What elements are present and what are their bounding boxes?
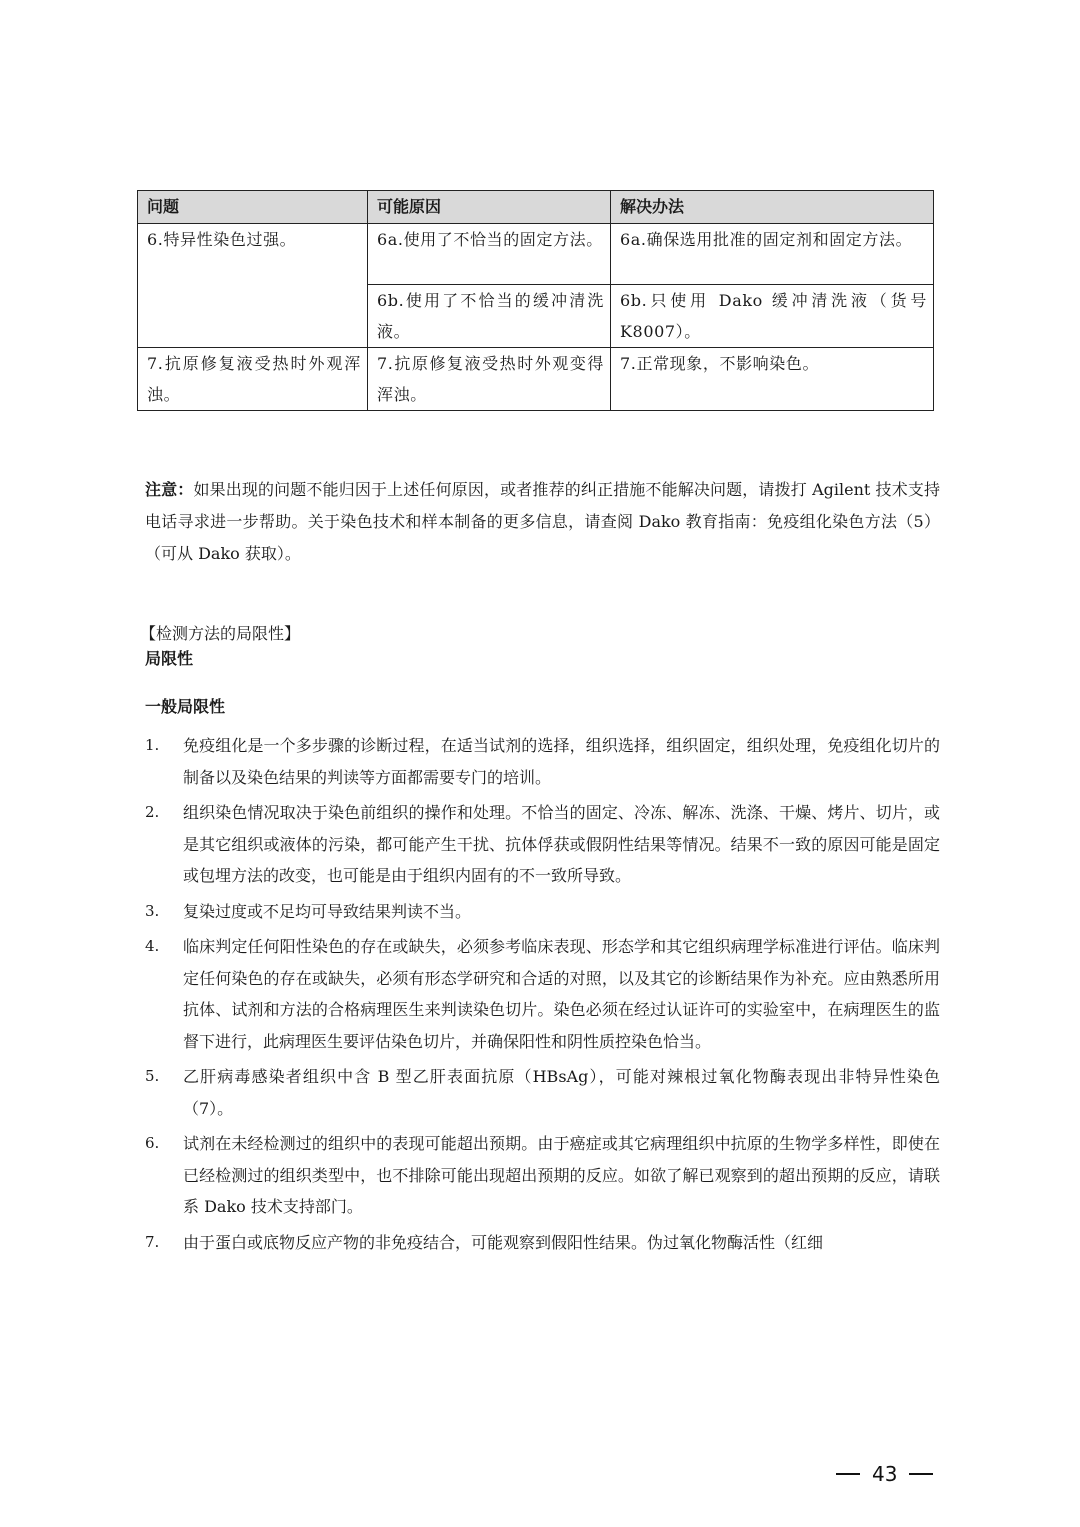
table-header-row: 问题 可能原因 解决办法	[138, 191, 934, 224]
cell-cause: 6b.使用了不恰当的缓冲清洗液。	[368, 285, 611, 348]
page-number: 43	[836, 1462, 933, 1486]
dash-right	[909, 1473, 933, 1475]
troubleshooting-table: 问题 可能原因 解决办法 6.特异性染色过强。 6a.使用了不恰当的固定方法。 …	[137, 190, 934, 411]
cell-problem: 6.特异性染色过强。	[138, 224, 368, 348]
cell-cause: 7.抗原修复液受热时外观变得浑浊。	[368, 348, 611, 411]
cell-cause: 6a.使用了不恰当的固定方法。	[368, 224, 611, 285]
list-item: 1.免疫组化是一个多步骤的诊断过程，在适当试剂的选择，组织选择，组织固定，组织处…	[145, 730, 940, 793]
header-problem: 问题	[138, 191, 368, 224]
list-item: 2.组织染色情况取决于染色前组织的操作和处理。不恰当的固定、冷冻、解冻、洗涤、干…	[145, 797, 940, 892]
note-paragraph: 注意：如果出现的问题不能归因于上述任何原因，或者推荐的纠正措施不能解决问题，请拨…	[145, 474, 940, 570]
note-label: 注意：	[145, 480, 193, 499]
subheading-general-limitations: 一般局限性	[145, 695, 225, 719]
document-page: 问题 可能原因 解决办法 6.特异性染色过强。 6a.使用了不恰当的固定方法。 …	[0, 0, 1080, 1527]
cell-problem: 7.抗原修复液受热时外观浑浊。	[138, 348, 368, 411]
dash-left	[836, 1473, 860, 1475]
limitations-list: 1.免疫组化是一个多步骤的诊断过程，在适当试剂的选择，组织选择，组织固定，组织处…	[145, 730, 940, 1262]
note-text: 如果出现的问题不能归因于上述任何原因，或者推荐的纠正措施不能解决问题，请拨打 A…	[145, 480, 940, 563]
list-item: 3.复染过度或不足均可导致结果判读不当。	[145, 896, 940, 928]
list-item: 4.临床判定任何阳性染色的存在或缺失，必须参考临床表现、形态学和其它组织病理学标…	[145, 931, 940, 1057]
cell-solution: 7.正常现象，不影响染色。	[611, 348, 934, 411]
cell-solution: 6a.确保选用批准的固定剂和固定方法。	[611, 224, 934, 285]
list-item: 5.乙肝病毒感染者组织中含 B 型乙肝表面抗原（HBsAg），可能对辣根过氧化物…	[145, 1061, 940, 1124]
table-row: 6.特异性染色过强。 6a.使用了不恰当的固定方法。 6a.确保选用批准的固定剂…	[138, 224, 934, 285]
page-number-text: 43	[872, 1462, 897, 1486]
cell-solution: 6b.只使用 Dako 缓冲清洗液（货号 K8007）。	[611, 285, 934, 348]
heading-limitations: 局限性	[145, 647, 193, 671]
header-solution: 解决办法	[611, 191, 934, 224]
header-cause: 可能原因	[368, 191, 611, 224]
section-title: 【检测方法的局限性】	[140, 622, 300, 646]
table-row: 7.抗原修复液受热时外观浑浊。 7.抗原修复液受热时外观变得浑浊。 7.正常现象…	[138, 348, 934, 411]
list-item: 6.试剂在未经检测过的组织中的表现可能超出预期。由于癌症或其它病理组织中抗原的生…	[145, 1128, 940, 1223]
list-item: 7.由于蛋白或底物反应产物的非免疫结合，可能观察到假阳性结果。伪过氧化物酶活性（…	[145, 1227, 940, 1259]
